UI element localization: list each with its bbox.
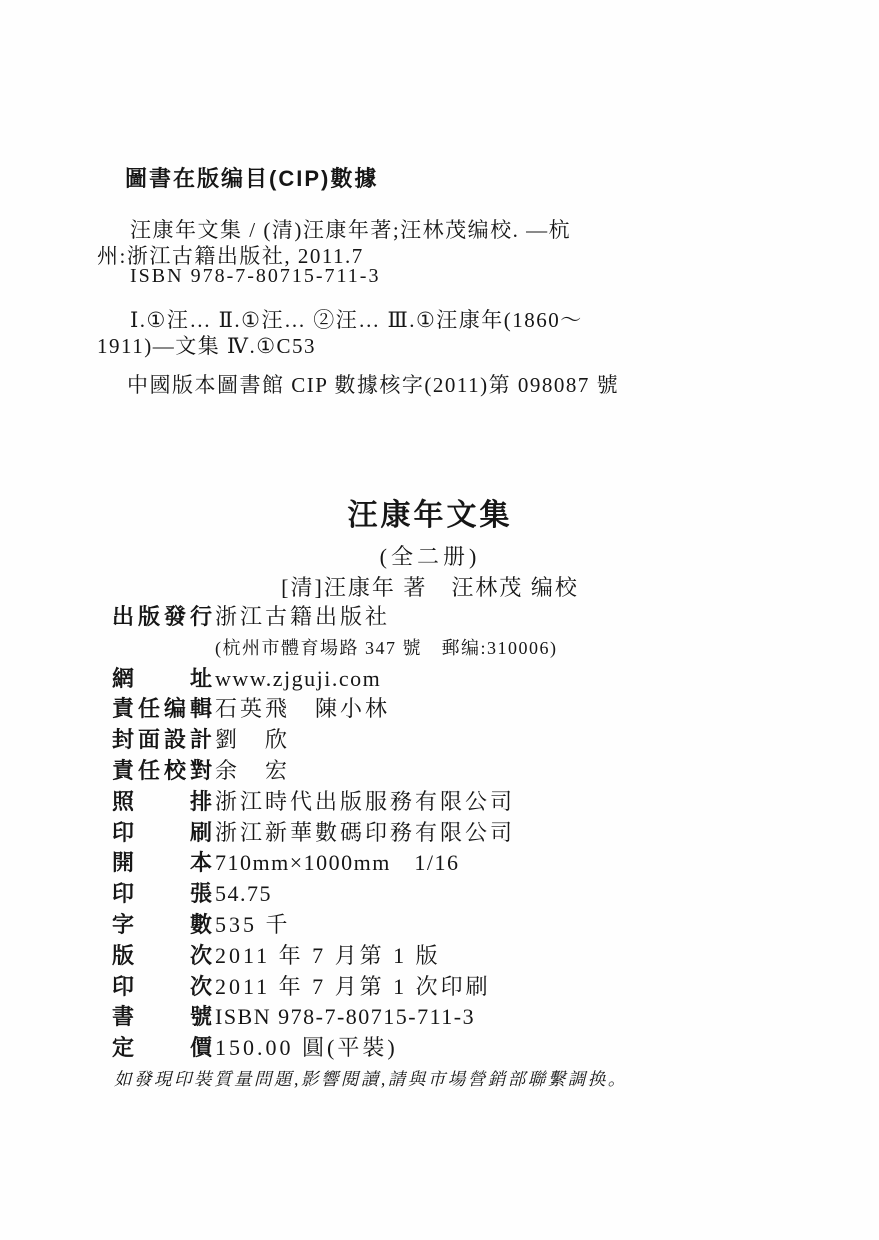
- row-label: 定價: [112, 1035, 212, 1060]
- copyright-page: 圖書在版编目(CIP)數據 汪康年文集 / (清)汪康年著;汪林茂编校. —杭 …: [0, 0, 879, 1240]
- book-title: 汪康年文集: [0, 490, 860, 534]
- row-value: 150.00 圓(平裝): [215, 1035, 398, 1060]
- volume-note: (全二册): [0, 540, 860, 571]
- cip-isbn: ISBN 978-7-80715-711-3: [130, 265, 380, 288]
- colophon-row-proofreader: 責任校對 余 宏: [112, 758, 672, 789]
- row-label: 出版發行: [112, 604, 212, 629]
- row-label: 網址: [112, 666, 212, 691]
- row-value: 浙江新華數碼印務有限公司: [215, 820, 515, 845]
- colophon-row-printing: 印刷 浙江新華數碼印務有限公司: [112, 820, 672, 851]
- row-value: ISBN 978-7-80715-711-3: [215, 1004, 475, 1029]
- colophon-row-address: (杭州市體育場路 347 號 郵编:310006): [112, 635, 672, 666]
- row-value: www.zjguji.com: [215, 666, 381, 691]
- colophon-row-publisher: 出版發行 浙江古籍出版社: [112, 604, 672, 635]
- colophon-row-sheets: 印張 54.75: [112, 881, 672, 912]
- row-value: 浙江古籍出版社: [215, 604, 390, 629]
- row-label: 字數: [112, 912, 212, 937]
- colophon-row-book-number: 書號 ISBN 978-7-80715-711-3: [112, 1004, 672, 1035]
- quality-exchange-note: 如發現印裝質量問題,影響閱讀,請與市場營銷部聯繫調换。: [114, 1066, 628, 1091]
- row-value: (杭州市體育場路 347 號 郵编:310006): [215, 635, 558, 659]
- row-label: 印刷: [112, 820, 212, 845]
- colophon-row-typesetting: 照排 浙江時代出版服務有限公司: [112, 789, 672, 820]
- row-label: 封面設計: [112, 727, 212, 752]
- row-value: 石英飛 陳小林: [215, 696, 390, 721]
- row-label: 責任编輯: [112, 696, 212, 721]
- colophon-row-word-count: 字數 535 千: [112, 912, 672, 943]
- colophon-row-edition: 版次 2011 年 7 月第 1 版: [112, 943, 672, 974]
- row-value: 2011 年 7 月第 1 版: [215, 943, 441, 968]
- colophon-row-website: 網址 www.zjguji.com: [112, 666, 672, 697]
- colophon-row-price: 定價 150.00 圓(平裝): [112, 1035, 672, 1066]
- colophon-row-format: 開本 710mm×1000mm 1/16: [112, 850, 672, 881]
- colophon-row-editor: 責任编輯 石英飛 陳小林: [112, 696, 672, 727]
- row-label: 開本: [112, 850, 212, 875]
- row-label: 印張: [112, 881, 212, 906]
- row-label: 責任校對: [112, 758, 212, 783]
- row-label: 照排: [112, 789, 212, 814]
- colophon-row-cover-design: 封面設計 劉 欣: [112, 727, 672, 758]
- row-value: 余 宏: [215, 758, 290, 783]
- row-label: 版次: [112, 943, 212, 968]
- cip-heading: 圖書在版编目(CIP)數據: [125, 162, 378, 193]
- cip-registry-number: 中國版本圖書館 CIP 數據核字(2011)第 098087 號: [127, 369, 619, 399]
- row-value: 535 千: [215, 912, 291, 937]
- row-value: 劉 欣: [215, 727, 290, 752]
- row-value: 浙江時代出版服務有限公司: [215, 789, 515, 814]
- row-value: 2011 年 7 月第 1 次印刷: [215, 974, 491, 999]
- row-label: 書號: [112, 1004, 212, 1029]
- colophon-table: 出版發行 浙江古籍出版社 (杭州市體育場路 347 號 郵编:310006) 網…: [112, 604, 672, 1066]
- cip-classification-line-2: 1911)—文集 Ⅳ.①C53: [97, 330, 316, 360]
- row-label: 印次: [112, 974, 212, 999]
- row-value: 710mm×1000mm 1/16: [215, 850, 459, 875]
- row-value: 54.75: [215, 881, 272, 906]
- colophon-row-impression: 印次 2011 年 7 月第 1 次印刷: [112, 974, 672, 1005]
- authors-line: [清]汪康年 著 汪林茂 编校: [0, 571, 860, 602]
